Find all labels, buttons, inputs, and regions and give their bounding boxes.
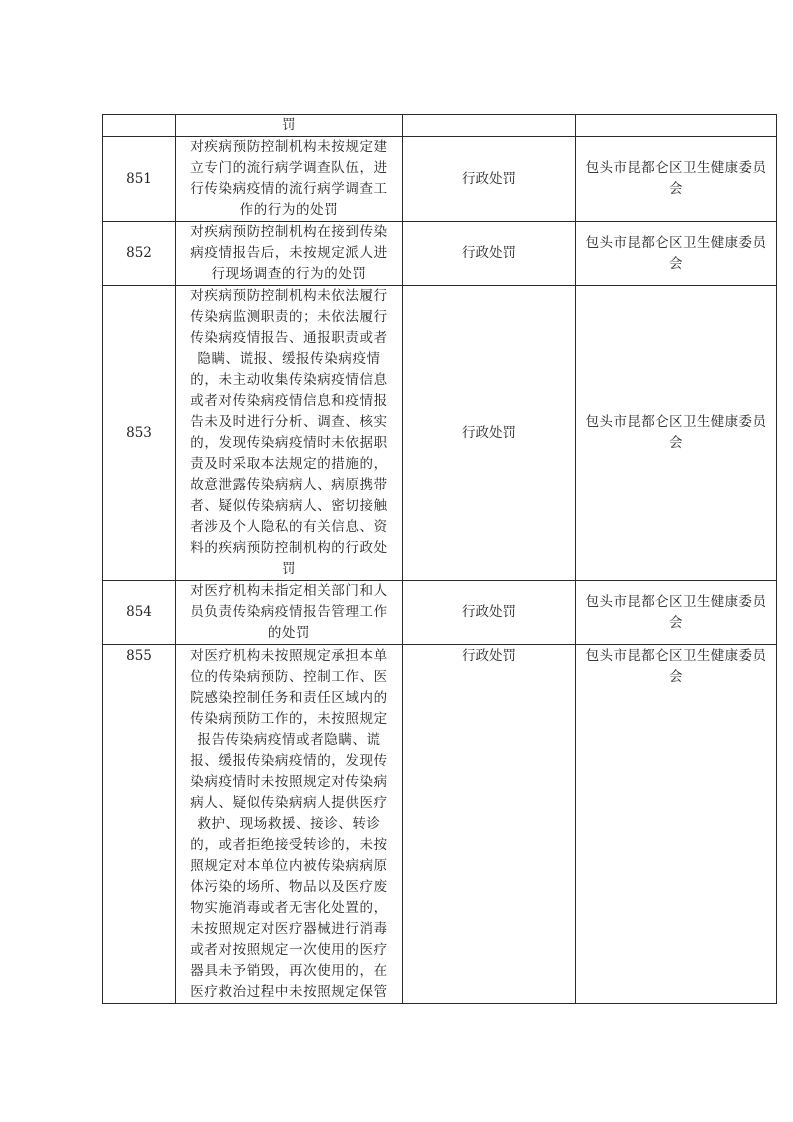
row-number-cell: 853 <box>103 286 176 581</box>
row-description-cell: 对疾病预防控制机构未依法履行传染病监测职责的；未依法履行传染病疫情报告、通报职责… <box>176 286 403 581</box>
row-description-cell: 对疾病预防控制机构未按规定建立专门的流行病学调查队伍，进行传染病疫情的流行病学调… <box>176 137 403 222</box>
row-description-cell: 罚 <box>176 115 403 137</box>
row-department-cell: 包头市昆都仑区卫生健康委员会 <box>576 286 777 581</box>
table-row: 855 对医疗机构未按照规定承担本单位的传染病预防、控制工作、医院感染控制任务和… <box>103 645 777 1004</box>
row-department-cell: 包头市昆都仑区卫生健康委员会 <box>576 137 777 222</box>
row-description-cell: 对疾病预防控制机构在接到传染病疫情报告后，未按规定派人进行现场调查的行为的处罚 <box>176 222 403 286</box>
row-number-cell <box>103 115 176 137</box>
row-type-cell: 行政处罚 <box>403 222 576 286</box>
row-department-cell <box>576 115 777 137</box>
row-number-cell: 855 <box>103 645 176 1004</box>
row-number-cell: 854 <box>103 581 176 645</box>
row-description-cell: 对医疗机构未按照规定承担本单位的传染病预防、控制工作、医院感染控制任务和责任区域… <box>176 645 403 1004</box>
row-type-cell: 行政处罚 <box>403 581 576 645</box>
row-type-cell: 行政处罚 <box>403 645 576 1004</box>
table-row-continuation: 罚 <box>103 115 777 137</box>
row-department-cell: 包头市昆都仑区卫生健康委员会 <box>576 581 777 645</box>
row-department-cell: 包头市昆都仑区卫生健康委员会 <box>576 222 777 286</box>
table-row: 852 对疾病预防控制机构在接到传染病疫情报告后，未按规定派人进行现场调查的行为… <box>103 222 777 286</box>
row-number-cell: 852 <box>103 222 176 286</box>
row-department-cell: 包头市昆都仑区卫生健康委员会 <box>576 645 777 1004</box>
table-row: 851 对疾病预防控制机构未按规定建立专门的流行病学调查队伍，进行传染病疫情的流… <box>103 137 777 222</box>
table-row: 853 对疾病预防控制机构未依法履行传染病监测职责的；未依法履行传染病疫情报告、… <box>103 286 777 581</box>
penalty-items-table: 罚 851 对疾病预防控制机构未按规定建立专门的流行病学调查队伍，进行传染病疫情… <box>102 114 777 1004</box>
row-type-cell: 行政处罚 <box>403 137 576 222</box>
row-type-cell: 行政处罚 <box>403 286 576 581</box>
table-row: 854 对医疗机构未指定相关部门和人员负责传染病疫情报告管理工作的处罚 行政处罚… <box>103 581 777 645</box>
row-number-cell: 851 <box>103 137 176 222</box>
row-type-cell <box>403 115 576 137</box>
row-description-cell: 对医疗机构未指定相关部门和人员负责传染病疫情报告管理工作的处罚 <box>176 581 403 645</box>
